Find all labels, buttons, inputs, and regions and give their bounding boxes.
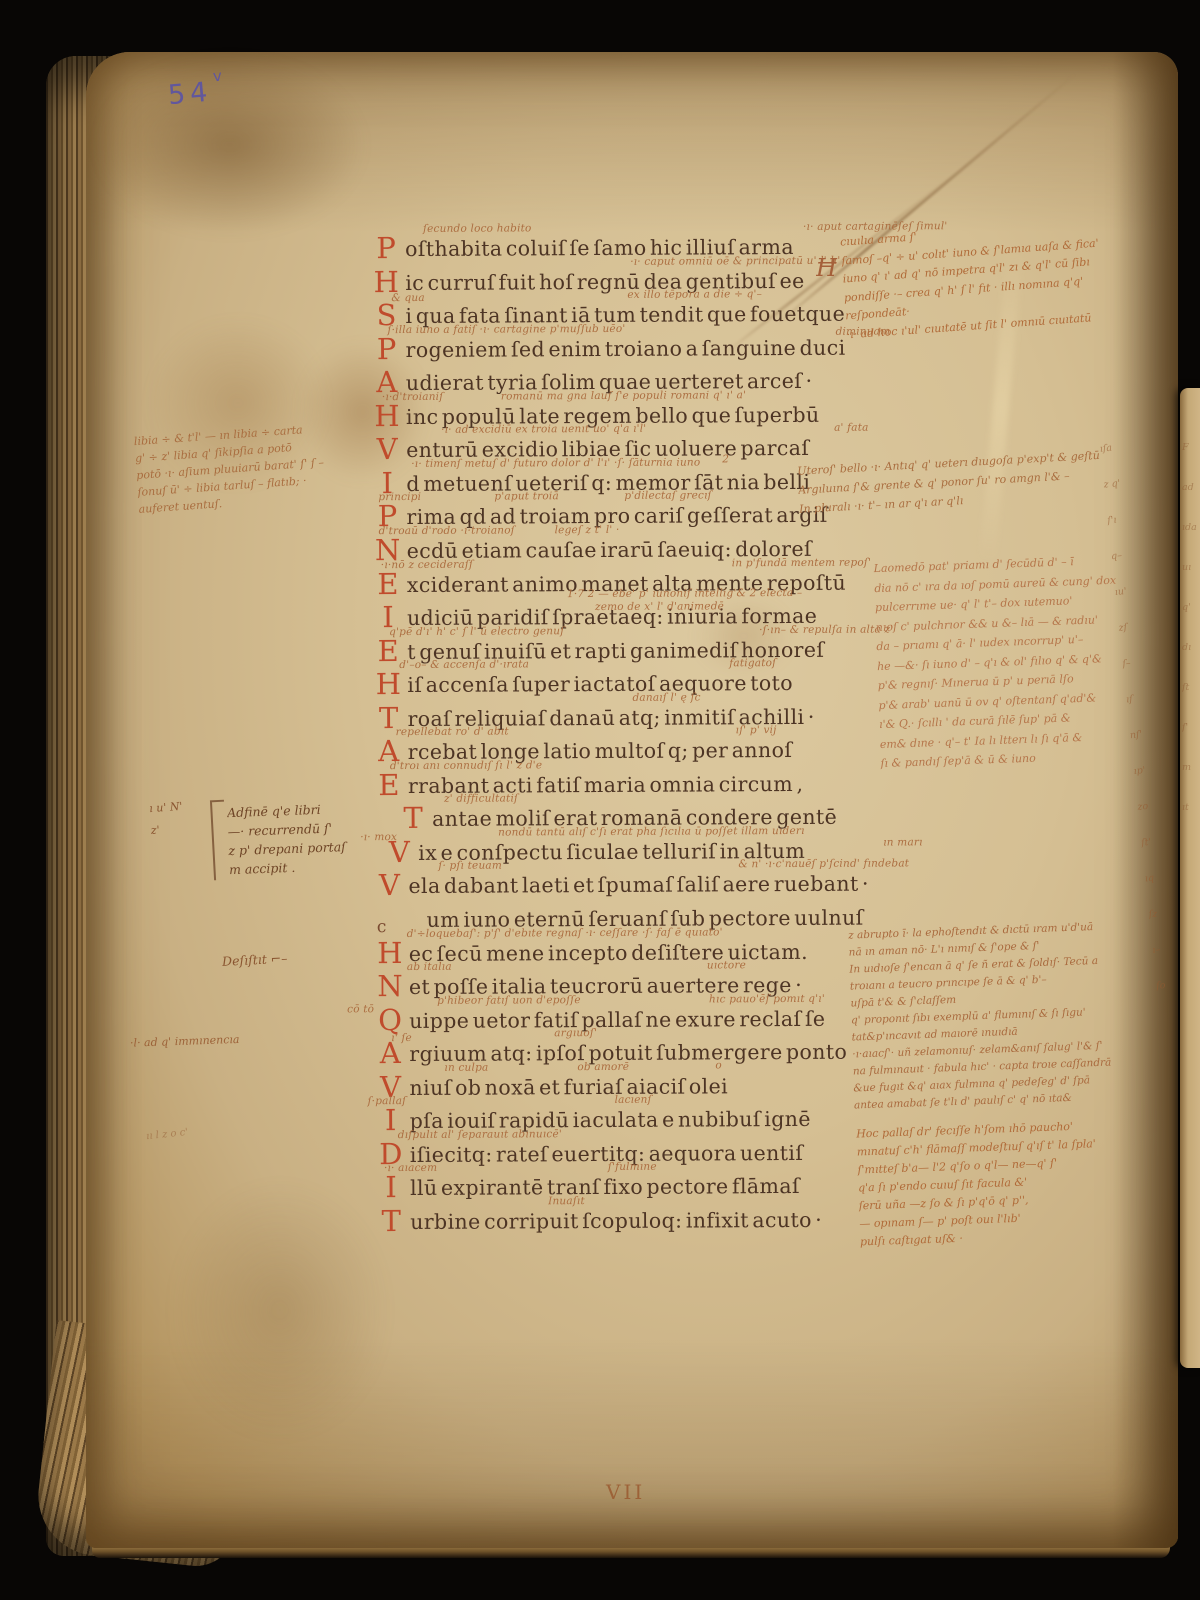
interlinear-gloss: z' difficultatiſ <box>444 793 518 805</box>
interlinear-gloss: ſecundo loco habito <box>423 222 532 235</box>
verse-line: Illū expirantē tranſ fixo pectore flāmaſ… <box>410 1174 800 1206</box>
verse-initial: H <box>375 938 405 968</box>
verse-initial: P <box>371 233 401 263</box>
interlinear-gloss: & qua <box>391 292 424 304</box>
interlinear-gloss: danaıſ l' ę ſc <box>632 691 700 703</box>
verse-initial: P <box>372 334 402 364</box>
margin-gloss-right-lower: z abrupto ī· la ephoſtendıt & dıctū ıram… <box>848 917 1172 1115</box>
interlinear-gloss: d'÷loquebaſ': p'ſ' d'ebıte regnaſ ·ı· ce… <box>407 926 723 940</box>
verse-line: Hec ſecū mene incepto deſiſtere uictam.d… <box>409 939 808 971</box>
margin-gloss-line: ı– <box>1151 928 1200 969</box>
interlinear-gloss: ob amorē <box>577 1061 629 1073</box>
margin-gloss-line: z' <box>150 816 211 842</box>
verse-line: Quippe uetor fatiſ pallaſ ne exure recla… <box>409 1006 825 1038</box>
margin-gloss-line: ıq <box>1143 857 1193 898</box>
margin-gloss-line: q' <box>1182 588 1200 628</box>
interlinear-gloss: fatigatoſ <box>729 657 776 669</box>
margin-gloss-line: m <box>1182 748 1200 788</box>
verse-line: Turbine corripuit ſcopuloq: infixit acut… <box>410 1208 822 1240</box>
interlinear-gloss: repellebat ro' d' abıt <box>396 726 509 739</box>
margin-gloss-line: zo <box>1136 785 1186 826</box>
margin-gloss-left-adfinem-marks: ı u' N'z' <box>149 794 212 842</box>
interlinear-gloss: Inuaſıt <box>548 1195 585 1207</box>
quire-signature: VII <box>606 1480 645 1504</box>
interlinear-gloss: romanū ma gna lauſ ſ'e populi romani q' … <box>501 389 746 402</box>
margin-gloss-line: zſ <box>1117 606 1167 647</box>
margin-gloss-line: ſt <box>1182 668 1200 708</box>
interlinear-gloss: d'troı anı connudıſ ſı l' z d'e <box>390 759 542 772</box>
verse-text: niuſ ob noxā et furiaſ aiaciſ olei <box>409 1074 728 1100</box>
margin-gloss-line: z q' <box>1102 463 1152 504</box>
interlinear-gloss: ·ı· caput omniū oē & principatū u' l' h' <box>630 254 840 267</box>
verse-line: Progeniem ſed enim troiano a ſanguine du… <box>406 335 846 367</box>
interlinear-gloss: d'–o– & accenſa d'·ırata <box>399 659 529 672</box>
margin-gloss-line: nſ' <box>1128 714 1178 755</box>
interlinear-gloss: p'hibeor fatıſ uon d'epoſſe <box>437 994 581 1007</box>
interlinear-gloss: ·ı·nō z cecideraſſ <box>381 558 473 570</box>
verse-text: urbine corripuit ſcopuloq: infixit acuto… <box>410 1208 822 1234</box>
margin-gloss-line: q– <box>1109 535 1159 576</box>
verse-initial: E <box>374 770 404 800</box>
interlinear-gloss: cō tō <box>347 1003 374 1015</box>
interlinear-gloss: uıctore <box>707 959 746 971</box>
verse-initial: I <box>376 1172 406 1202</box>
interlinear-gloss: ·ı· timenſ metuſ d' futuro dolor d' l'ı'… <box>411 456 700 470</box>
verse-text: llū expirantē tranſ fixo pectore flāmaſ <box>410 1174 800 1200</box>
margin-gloss-left-adfinem: Adfinē q'e libri—· recurrendū ſ'z p' dre… <box>227 797 410 879</box>
margin-gloss-left-libya: libia ÷ & t'l' — ın libia ÷ cartag' ÷ z'… <box>133 415 396 518</box>
interlinear-gloss: ın culpa <box>444 1061 488 1073</box>
margin-gloss-line: ıu' <box>1113 570 1163 611</box>
margin-gloss-line: uı <box>1182 548 1200 588</box>
interlinear-gloss: ex illo tēpora a die ÷ q'– <box>627 288 762 301</box>
verse-line: Vela dabant laeti et ſpumaſ ſaliſ aere r… <box>408 872 869 904</box>
interlinear-gloss: o <box>715 1059 722 1071</box>
margin-gloss-line: ıſa <box>1098 427 1148 468</box>
interlinear-gloss: q'pē d'ı' h' c' ſ l' ū electro genuſ <box>389 625 564 638</box>
margin-gloss-line: ſ' <box>1182 708 1200 748</box>
margin-gloss-line: ıſ <box>1124 678 1174 719</box>
interlinear-gloss: legeſ z t' l' · <box>555 524 620 536</box>
margin-gloss-line: ſ'ı <box>1106 499 1156 540</box>
margin-gloss-line: dı <box>1182 628 1200 668</box>
interlinear-gloss: p'dilectaſ grecıſ <box>624 490 711 502</box>
margin-gloss-line: ſ– <box>1121 642 1171 683</box>
interlinear-gloss: ·ı· ad excidiū ex troia uenıt uo' q'a ı'… <box>441 423 646 436</box>
interlinear-gloss: nondū tantū alıſ c'ſı erat pha ſıcılıa ū… <box>498 825 805 839</box>
interlinear-gloss: a' fata <box>834 422 869 434</box>
margin-gloss-facing-edge-text: Fadıdauıq'dıſtſ'mıt <box>1182 428 1200 828</box>
interlinear-gloss: lacıenſ <box>615 1094 652 1106</box>
interlinear-gloss: ıſ' p' vij <box>736 724 777 736</box>
verse-line: Vniuſ ob noxā et furiaſ aiaciſ oleiın cu… <box>409 1074 728 1106</box>
margin-gloss-line: Ħ <box>816 256 856 280</box>
verse-line: Id metuenſ ueteriſ q: memor ſāt nia bell… <box>406 470 810 502</box>
margin-gloss-right-bottom: Hoc pallaſ dr' fecıſſe h'ſom ıhō paucho'… <box>856 1115 1172 1252</box>
interlinear-gloss: ·ı· aıacem <box>384 1162 437 1174</box>
margin-gloss-line: ſz <box>1147 893 1197 934</box>
margin-gloss-line: ıt <box>1182 788 1200 828</box>
interlinear-gloss: ın marı <box>883 836 923 848</box>
verse-text: uippe uetor fatiſ pallaſ ne exure reclaſ… <box>409 1006 825 1032</box>
margin-gloss-right-paragraph-mark: Ħ <box>816 256 856 280</box>
verse-text: ela dabant laeti et ſpumaſ ſaliſ aere ru… <box>408 872 869 898</box>
interlinear-gloss: ·ı·d'troianiſ <box>382 391 443 403</box>
interlinear-gloss: d'troaū d'rodo ·ı·troianoſ <box>379 524 515 537</box>
interlinear-gloss: p'aput troiā <box>494 491 559 503</box>
verse-text: ec ſecū mene incepto deſiſtere uictam. <box>409 939 808 965</box>
interlinear-gloss: 1·7 2 — ebe' p' ıunoniſ intellig'& 2 ele… <box>567 587 802 600</box>
verse-line: Diſiecitq: rateſ euertitq: aequora uenti… <box>410 1141 804 1173</box>
manuscript-photo: 54v Poſthabita coluiſ ſe ſamo hic illiuſ… <box>0 0 1200 1600</box>
interlinear-gloss: in p'fundā mentem repoſ' <box>732 556 871 569</box>
margin-gloss-line: F <box>1182 428 1200 468</box>
margin-gloss-line: ıp' <box>1132 749 1182 790</box>
interlinear-gloss: & n' ·ı·c'nauēſ p'ſcind' fındebat <box>738 858 909 871</box>
verse-initial: V <box>374 870 404 900</box>
verse-initial: N <box>375 971 405 1001</box>
interlinear-gloss: ſ·illa iuno a fatiſ ·ı· cartagine p'muſſ… <box>388 323 626 336</box>
verse-initial: E <box>373 569 403 599</box>
verse-initial: Q <box>375 1005 405 1035</box>
verse-line: Hiſ accenſa ſuper iactatoſ aequore totod… <box>407 671 793 703</box>
margin-gloss-line: ıda <box>1182 508 1200 548</box>
interlinear-gloss: argıuoſ' <box>554 1027 597 1039</box>
verse-text: d metuenſ ueteriſ q: memor ſāt nia belli <box>406 470 810 496</box>
verse-text: iſiecitq: rateſ euertitq: aequora uentiſ <box>410 1141 804 1167</box>
interlinear-gloss: ·ſ·ın– & repulſa in alta z' <box>759 623 893 636</box>
interlinear-gloss: dıſpulıt al' ſeparauıt abınuıcē' <box>398 1128 562 1141</box>
verse-text: iſ accenſa ſuper iactatoſ aequore toto <box>407 671 793 697</box>
verse-initial: T <box>376 1206 406 1236</box>
margin-gloss-right-top: cıuılıa arma ſ'ſamoſ –q' ÷ u' colıt' iun… <box>840 211 1177 345</box>
verse-text: rogeniem ſed enim troiano a ſanguine duc… <box>406 335 846 361</box>
interlinear-gloss: zemo de x' l' d'animedē <box>595 600 724 613</box>
interlinear-gloss: ſ·pallaſ <box>368 1095 407 1107</box>
margin-gloss-line: ſo <box>1154 964 1200 1005</box>
margin-gloss-line: ad <box>1182 468 1200 508</box>
verse-initial: H <box>373 669 403 699</box>
interlinear-gloss: 2 <box>722 453 729 465</box>
interlinear-gloss: ab italıa <box>407 961 452 973</box>
interlinear-gloss: ı' ſe <box>391 1032 412 1044</box>
interlinear-gloss: ſ'fulmıne <box>608 1161 657 1173</box>
interlinear-gloss: ſ· pſı teuam <box>438 860 502 872</box>
interlinear-gloss: hıc pauo'ēſ pomıt q'ı' <box>709 992 825 1005</box>
